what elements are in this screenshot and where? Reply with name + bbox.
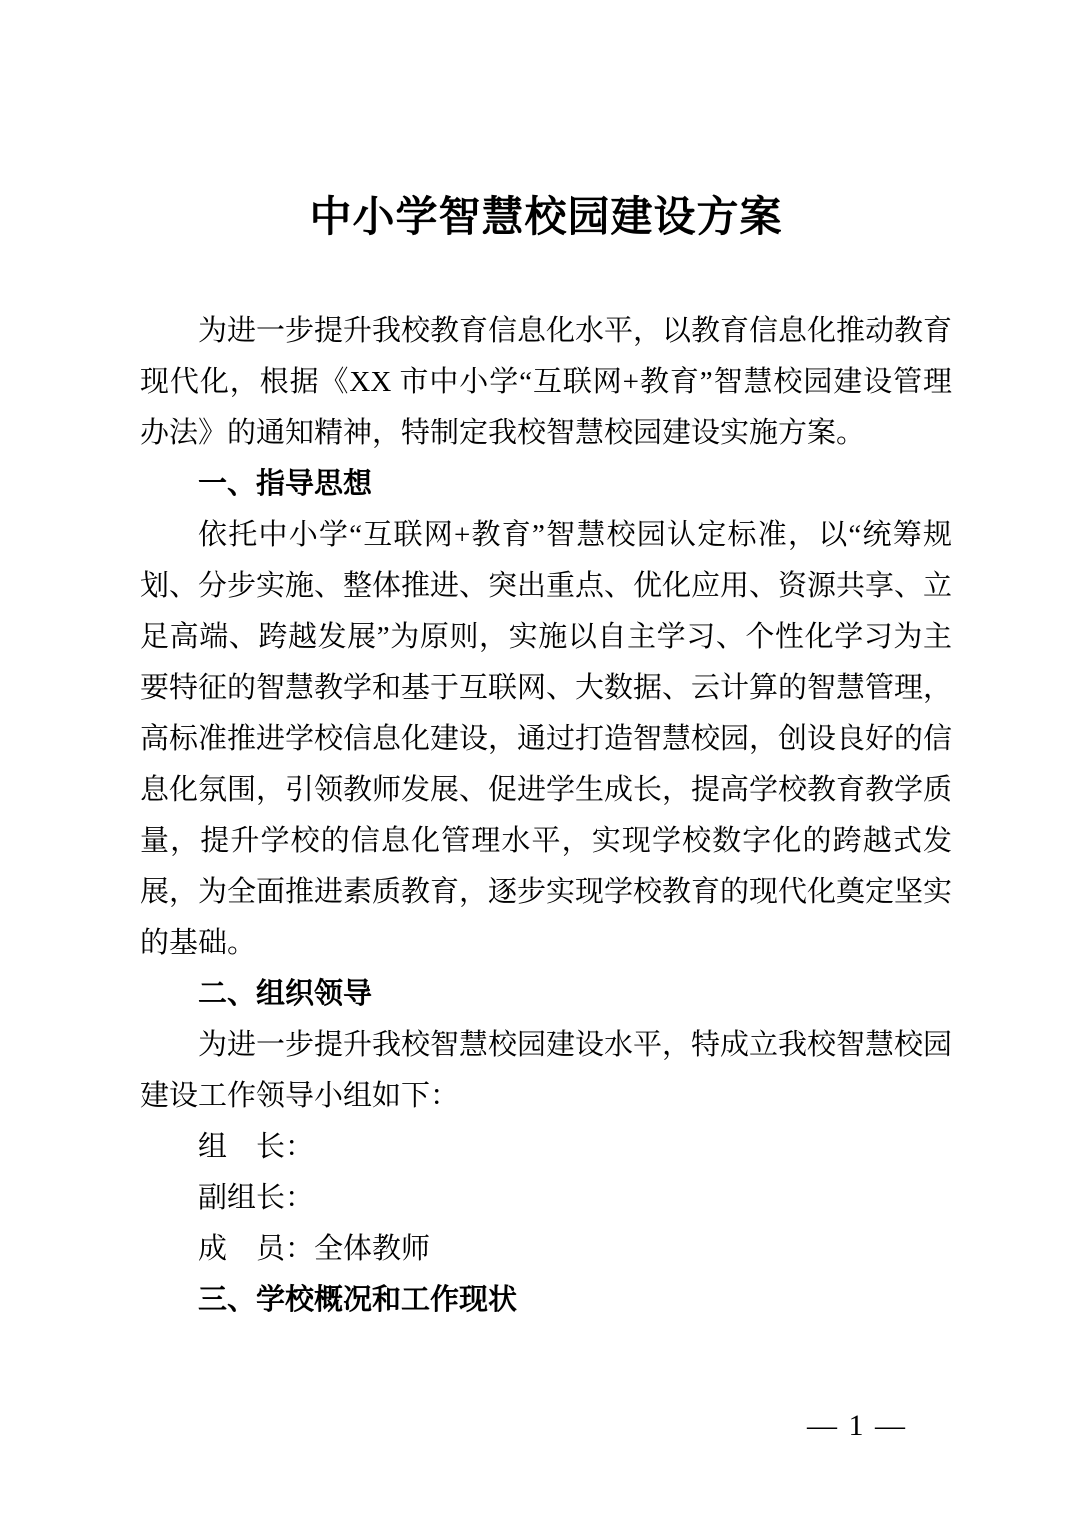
heading-guiding-ideology: 一、指导思想: [140, 459, 952, 510]
line-group-leader: 组 长：: [140, 1122, 952, 1173]
heading-school-overview: 三、学校概况和工作现状: [140, 1275, 952, 1326]
document-body: 中小学智慧校园建设方案 为进一步提升我校教育信息化水平，以教育信息化推动教育现代…: [140, 194, 952, 1326]
line-deputy-leader: 副组长：: [140, 1173, 952, 1224]
document-page: 中小学智慧校园建设方案 为进一步提升我校教育信息化水平，以教育信息化推动教育现代…: [0, 0, 1080, 1527]
paragraph-organization-intro: 为进一步提升我校智慧校园建设水平，特成立我校智慧校园建设工作领导小组如下：: [140, 1020, 952, 1122]
document-title: 中小学智慧校园建设方案: [140, 194, 952, 242]
paragraph-guiding-ideology: 依托中小学“互联网+教育”智慧校园认定标准，以“统筹规划、分步实施、整体推进、突…: [140, 510, 952, 969]
page-number: — 1 —: [807, 1409, 907, 1443]
paragraph-intro: 为进一步提升我校教育信息化水平，以教育信息化推动教育现代化，根据《XX 市中小学…: [140, 306, 952, 459]
heading-organization-leadership: 二、组织领导: [140, 969, 952, 1020]
line-members: 成 员：全体教师: [140, 1224, 952, 1275]
